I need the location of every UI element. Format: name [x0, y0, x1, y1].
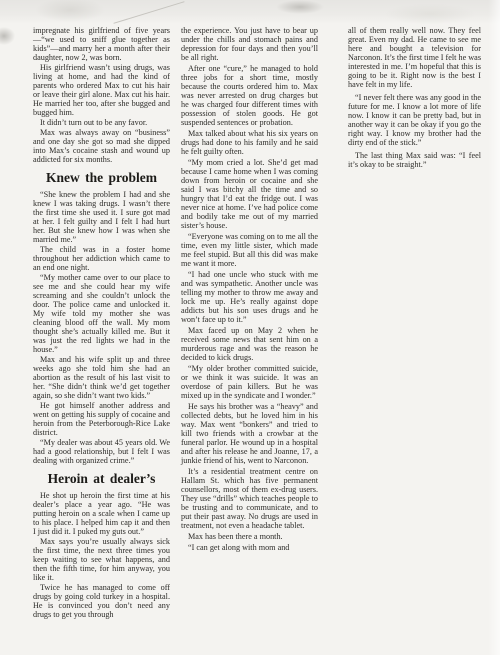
article-paragraph: Max was always away on “business” and on…	[33, 128, 170, 164]
article-paragraph: “I never felt there was any good in the …	[348, 93, 481, 147]
page-edge-highlight	[488, 0, 500, 655]
article-paragraph: It’s a residential treatment centre on H…	[181, 467, 318, 530]
section-heading-knew-the-problem: Knew the problem	[33, 171, 170, 185]
article-paragraph: “My mother came over to our place to see…	[33, 273, 170, 354]
article-paragraph: “My dealer was about 45 years old. We ha…	[33, 438, 170, 465]
article-paragraph: The child was in a foster home throughou…	[33, 245, 170, 272]
article-paragraph: Max faced up on May 2 when he received s…	[181, 326, 318, 362]
article-column-1: impregnate his girlfriend of five years—…	[33, 26, 170, 620]
article-paragraph: The last thing Max said was: “I feel it’…	[348, 151, 481, 169]
article-column-2: the experience. You just have to bear up…	[181, 26, 318, 554]
article-column-3: all of them really well now. They feel g…	[348, 26, 481, 173]
article-paragraph: It didn’t turn out to be any favor.	[33, 118, 170, 127]
article-paragraph: He says his brother was a “heavy” and co…	[181, 402, 318, 465]
article-paragraph: Max and his wife split up and three week…	[33, 355, 170, 400]
article-paragraph: all of them really well now. They feel g…	[348, 26, 481, 89]
article-paragraph: “I can get along with mom and	[181, 543, 318, 552]
article-paragraph: Max talked about what his six years on d…	[181, 129, 318, 156]
article-paragraph: “I had one uncle who stuck with me and w…	[181, 270, 318, 324]
scan-top-edge-band	[0, 0, 500, 24]
newspaper-article-scan: impregnate his girlfriend of five years—…	[0, 0, 500, 655]
article-paragraph: Twice he has managed to come off drugs b…	[33, 583, 170, 619]
article-paragraph: He shot up heroin the first time at his …	[33, 491, 170, 536]
article-paragraph: “Everyone was coming on to me all the ti…	[181, 232, 318, 268]
article-paragraph: Max has been there a month.	[181, 532, 318, 541]
article-paragraph: the experience. You just have to bear up…	[181, 26, 318, 62]
article-paragraph: His girlfriend wasn’t using drugs, was l…	[33, 63, 170, 117]
article-paragraph: He got himself another address and went …	[33, 401, 170, 437]
article-paragraph: After one “cure,” he managed to hold thr…	[181, 64, 318, 127]
article-paragraph: impregnate his girlfriend of five years—…	[33, 26, 170, 62]
section-heading-heroin-at-dealers: Heroin at dealer’s	[33, 472, 170, 486]
article-paragraph: “She knew the problem I had and she knew…	[33, 190, 170, 244]
article-paragraph: Max says you’re usually always sick the …	[33, 537, 170, 582]
article-paragraph: “My older brother committed suicide, or …	[181, 364, 318, 400]
article-paragraph: “My mom cried a lot. She’d get mad becau…	[181, 158, 318, 230]
